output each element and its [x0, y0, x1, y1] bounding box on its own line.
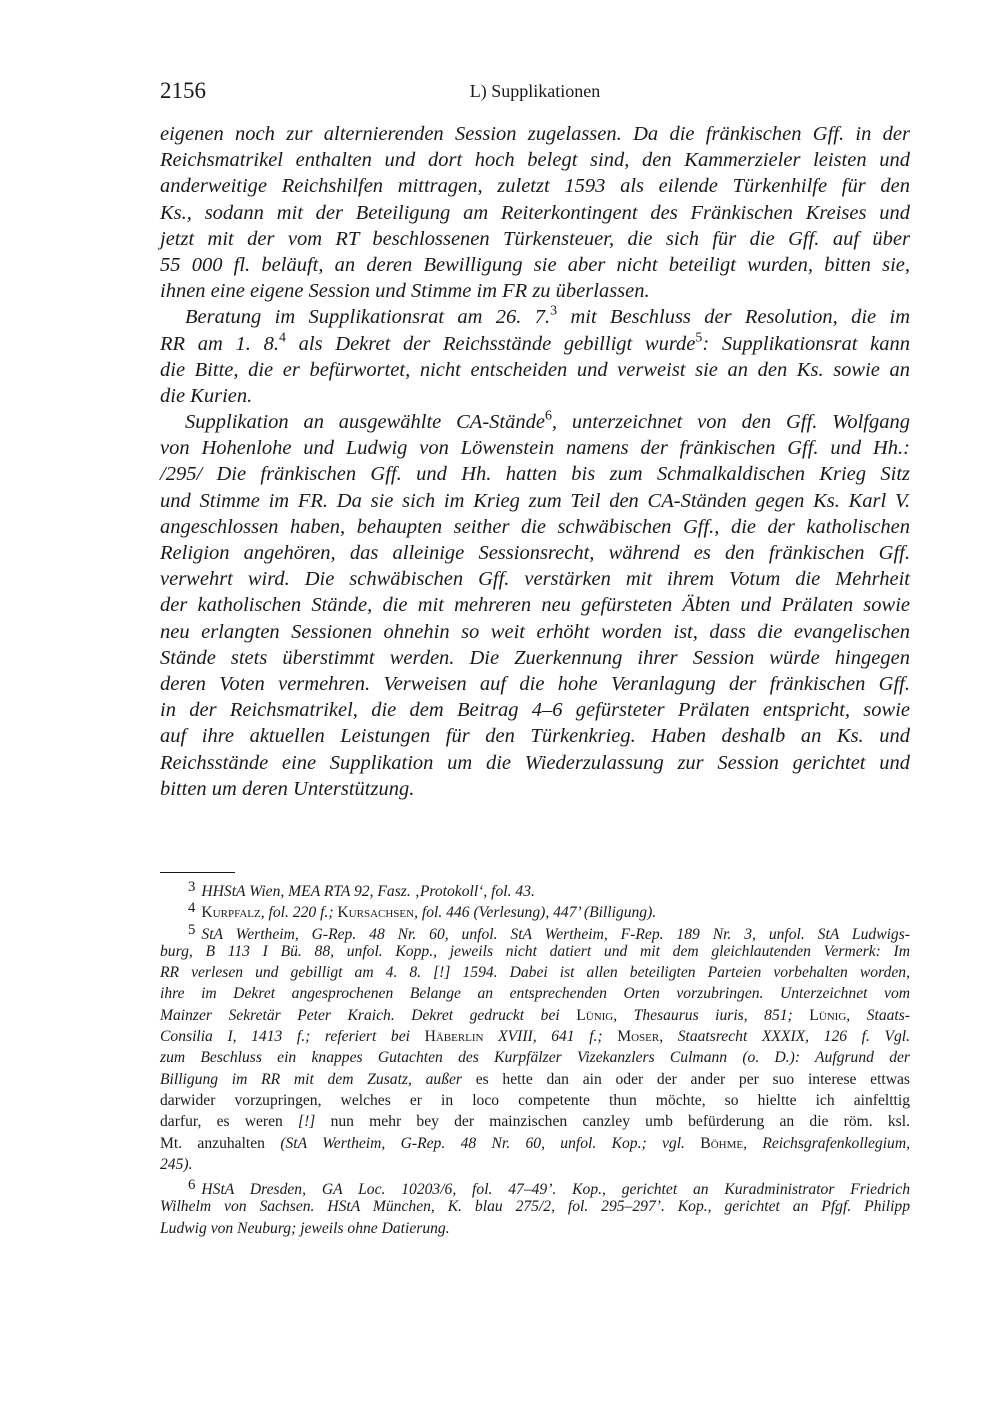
text-run: Supplikation an ausgewählte CA-Stände — [185, 411, 545, 433]
text-line: /295/ Die fränkischen Gff. und Hh. hatte… — [160, 461, 910, 487]
footnote-line: Billigung im RR mit dem Zusatz, außer es… — [160, 1069, 910, 1090]
text-line: angeschlossen haben, behaupten seither d… — [160, 514, 910, 540]
text-run: , fol. 446 (Verlesung), 447’ (Billigung)… — [414, 904, 656, 921]
text-run: 245). — [160, 1156, 192, 1173]
text-line: der katholischen Stände, die mit mehrere… — [160, 592, 910, 618]
quoted-source-text: es hette dan ain oder der ander per suo … — [462, 1071, 910, 1088]
author-name: Böhme — [700, 1135, 743, 1152]
text-run: : Supplikationsrat kann — [702, 333, 910, 355]
author-name: Kursachsen — [337, 904, 414, 921]
footnote-line: Mainzer Sekretär Peter Kraich. Dekret ge… — [160, 1005, 910, 1026]
footnote-line: RR verlesen und gebilligt am 4. 8. [!] 1… — [160, 962, 910, 983]
footnote-line: darfur, es weren [!] nun mehr bey der ma… — [160, 1111, 910, 1132]
text-run: zum Beschluss ein knappes Gutachten des … — [160, 1049, 910, 1066]
footnote-start: 3HHStA Wien, MEA RTA 92, Fasz. ‚Protokol… — [160, 877, 910, 898]
text-run: , fol. 220 f.; — [261, 904, 338, 921]
footnote-line: 245). — [160, 1154, 910, 1175]
author-name: Moser — [617, 1028, 659, 1045]
footnote-number: 4 — [188, 900, 195, 916]
text-line: von Hohenlohe und Ludwig von Löwenstein … — [160, 435, 910, 461]
text-line: Reichsstände eine Supplikation um die Wi… — [160, 750, 910, 776]
footnote-line: zum Beschluss ein knappes Gutachten des … — [160, 1047, 910, 1068]
text-run: , Thesaurus iuris, 851; — [613, 1007, 809, 1024]
text-run: [!] — [298, 1113, 315, 1130]
running-head: 2156 L) Supplikationen — [160, 78, 910, 108]
footnote-start: 4Kurpfalz, fol. 220 f.; Kursachsen, fol.… — [160, 898, 910, 919]
footnote-line: ihre im Dekret angesprochenen Belange an… — [160, 983, 910, 1004]
footnote-line: Ludwig von Neuburg; jeweils ohne Datieru… — [160, 1218, 910, 1239]
text-run: , Staatsrecht XXXIX, 126 f. Vgl. — [659, 1028, 910, 1045]
text-line: eigenen noch zur alternierenden Session … — [160, 121, 910, 147]
text-line: Stände stets überstimmt werden. Die Zuer… — [160, 645, 910, 671]
author-name: Kurpfalz — [201, 904, 260, 921]
text-line: jetzt mit der vom RT beschlossenen Türke… — [160, 226, 910, 252]
author-name: Häberlin — [425, 1028, 484, 1045]
text-run: , Reichsgrafenkollegium, — [743, 1135, 910, 1152]
text-run: mit Beschluss der Resolution, die im — [557, 306, 910, 328]
text-line: ihnen eine eigene Session und Stimme im … — [160, 278, 910, 304]
footnote-line: darwider vorzupringen, welches er in loc… — [160, 1090, 910, 1111]
footnote-number: 6 — [188, 1177, 195, 1193]
text-run: , Staats- — [846, 1007, 910, 1024]
text-run: Mainzer Sekretär Peter Kraich. Dekret ge… — [160, 1007, 576, 1024]
footnote-reference[interactable]: 6 — [545, 409, 552, 424]
text-line: und Stimme im FR. Da sie sich im Krieg z… — [160, 488, 910, 514]
text-line: Religion angehören, das alleinige Sessio… — [160, 540, 910, 566]
text-run: RR am 1. 8. — [160, 333, 279, 355]
footnote-reference[interactable]: 4 — [279, 330, 286, 345]
author-name: Lünig — [809, 1007, 846, 1024]
text-run: (StA Wertheim, G-Rep. 48 Nr. 60, unfol. … — [280, 1135, 700, 1152]
text-line: Ks., sodann mit der Beteiligung am Reite… — [160, 200, 910, 226]
text-run: , unterzeichnet von den Gff. Wolfgang — [552, 411, 910, 433]
text-line: 55 000 fl. beläuft, an deren Bewilligung… — [160, 252, 910, 278]
quoted-source-text: darfur, es weren — [160, 1113, 298, 1130]
text-line: die Bitte, die er befürwortet, nicht ent… — [160, 357, 910, 383]
footnote-line: Consilia I, 1413 f.; referiert bei Häber… — [160, 1026, 910, 1047]
text-line: Reichsmatrikel enthalten und dort hoch b… — [160, 147, 910, 173]
text-run: Ludwig von Neuburg; jeweils ohne Datieru… — [160, 1220, 450, 1237]
footnote-line: Wilhelm von Sachsen. HStA München, K. bl… — [160, 1196, 910, 1217]
text-line: Beratung im Supplikationsrat am 26. 7.3 … — [160, 304, 910, 330]
text-line: die Kurien. — [160, 383, 910, 409]
text-line: neu erlangten Sessionen ohnehin so weit … — [160, 619, 910, 645]
text-line: deren Voten vermehren. Verweisen auf die… — [160, 671, 910, 697]
main-text: eigenen noch zur alternierenden Session … — [160, 121, 910, 802]
text-run: Beratung im Supplikationsrat am 26. 7. — [185, 306, 550, 328]
text-line: Supplikation an ausgewählte CA-Stände6, … — [160, 409, 910, 435]
quoted-source-text: darwider vorzupringen, welches er in loc… — [160, 1092, 910, 1109]
footnote-number: 3 — [188, 879, 195, 895]
footnote-start: 6HStA Dresden, GA Loc. 10203/6, fol. 47–… — [160, 1175, 910, 1196]
text-line: in der Reichsmatrikel, die dem Beitrag 4… — [160, 697, 910, 723]
text-run: Consilia I, 1413 f.; referiert bei — [160, 1028, 425, 1045]
text-run: RR verlesen und gebilligt am 4. 8. [!] 1… — [160, 964, 910, 981]
footnotes: 3HHStA Wien, MEA RTA 92, Fasz. ‚Protokol… — [160, 877, 910, 1239]
footnote-start: 5StA Wertheim, G-Rep. 48 Nr. 60, unfol. … — [160, 920, 910, 941]
quoted-source-text: Mt. anzuhalten — [160, 1135, 280, 1152]
text-line: RR am 1. 8.4 als Dekret der Reichsstände… — [160, 331, 910, 357]
author-name: Lünig — [576, 1007, 613, 1024]
quoted-source-text: nun mehr bey der mainzischen canzley umb… — [315, 1113, 910, 1130]
text-run: burg, B 113 I Bü. 88, unfol. Kopp., jewe… — [160, 943, 910, 960]
text-line: bitten um deren Unterstützung. — [160, 776, 910, 802]
text-run: Billigung im RR mit dem Zusatz, außer — [160, 1071, 462, 1088]
text-line: anderweitige Reichshilfen mittragen, zul… — [160, 173, 910, 199]
text-run: ihre im Dekret angesprochenen Belange an… — [160, 985, 910, 1002]
footnote-divider — [160, 872, 235, 873]
text-line: verwehrt wird. Die schwäbischen Gff. ver… — [160, 566, 910, 592]
text-run: Wilhelm von Sachsen. HStA München, K. bl… — [160, 1198, 910, 1215]
footnote-line: burg, B 113 I Bü. 88, unfol. Kopp., jewe… — [160, 941, 910, 962]
running-title: L) Supplikationen — [160, 81, 910, 102]
footnote-number: 5 — [188, 922, 195, 938]
text-run: als Dekret der Reichsstände gebilligt wu… — [286, 333, 695, 355]
text-run: XVIII, 641 f.; — [484, 1028, 618, 1045]
text-line: auf ihre aktuellen Leistungen für den Tü… — [160, 723, 910, 749]
footnote-line: Mt. anzuhalten (StA Wertheim, G-Rep. 48 … — [160, 1133, 910, 1154]
